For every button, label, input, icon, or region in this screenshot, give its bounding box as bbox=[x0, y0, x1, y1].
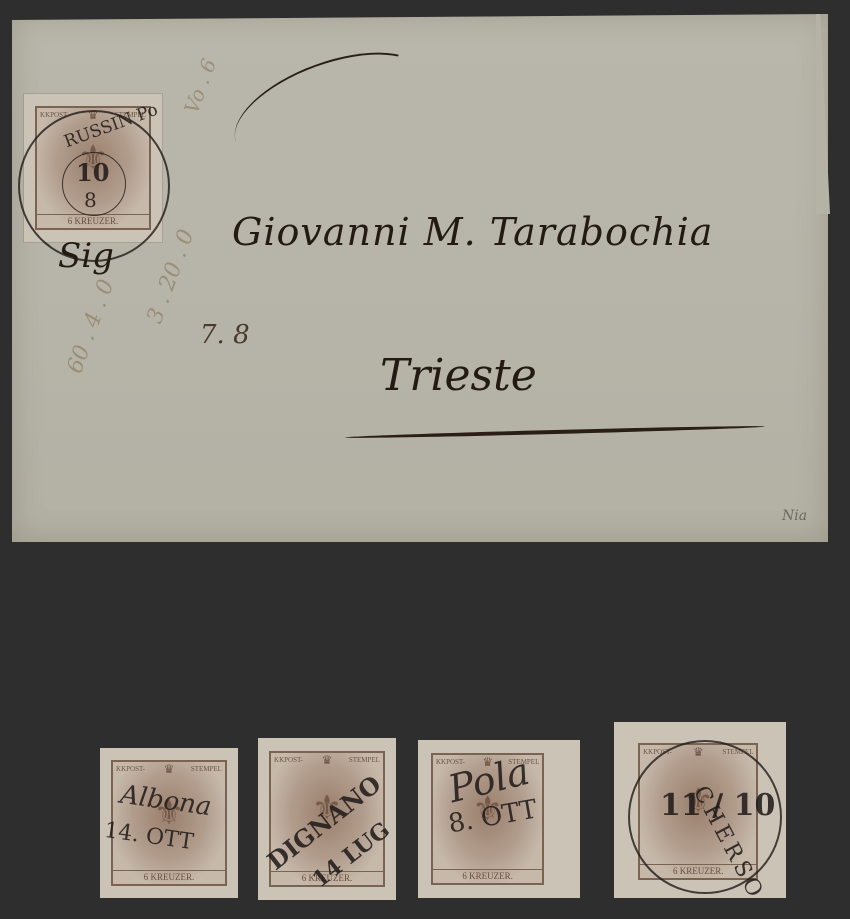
loose-stamp-1: KKPOST- STEMPEL ♛ ⚜ 6 KREUZER. Albona 14… bbox=[100, 748, 238, 898]
ghost-writing: Vo . 6 bbox=[179, 55, 221, 116]
postmark-month: 8 bbox=[84, 188, 97, 212]
ghost-writing: 60 . 4 . 0 bbox=[62, 276, 119, 377]
stamp-top-right: STEMPEL bbox=[191, 765, 222, 773]
address-salutation: Sig bbox=[58, 236, 114, 276]
crown-icon: ♛ bbox=[322, 753, 333, 768]
loose-stamp-3: KKPOST- STEMPEL ♛ ⚜ 6 KREUZER. Pola 8. O… bbox=[418, 740, 580, 898]
address-recipient: Giovanni M. Tarabochia bbox=[232, 210, 713, 254]
stamp-top-right: STEMPEL bbox=[349, 756, 380, 764]
crown-icon: ♛ bbox=[164, 762, 175, 777]
stamp-value: 6 KREUZER. bbox=[433, 869, 542, 881]
stamp-top-left: KKPOST- bbox=[274, 756, 303, 764]
docket-notation: 7. 8 bbox=[200, 320, 250, 350]
cancel-date: 11 / 10 bbox=[660, 788, 775, 823]
stamp-value: 6 KREUZER. bbox=[113, 870, 225, 882]
address-city: Trieste bbox=[380, 350, 537, 401]
corner-note: Nia bbox=[782, 508, 807, 524]
loose-stamp-2: KKPOST- STEMPEL ♛ ⚜ 6 KREUZER. DIGNANO 1… bbox=[258, 738, 396, 900]
loose-stamp-4: KKPOST- STEMPEL ♛ ⚜ 6 KREUZER. CHERSO 11… bbox=[614, 722, 786, 898]
stamp-top-left: KKPOST- bbox=[116, 765, 145, 773]
postmark-day: 10 bbox=[76, 158, 109, 187]
